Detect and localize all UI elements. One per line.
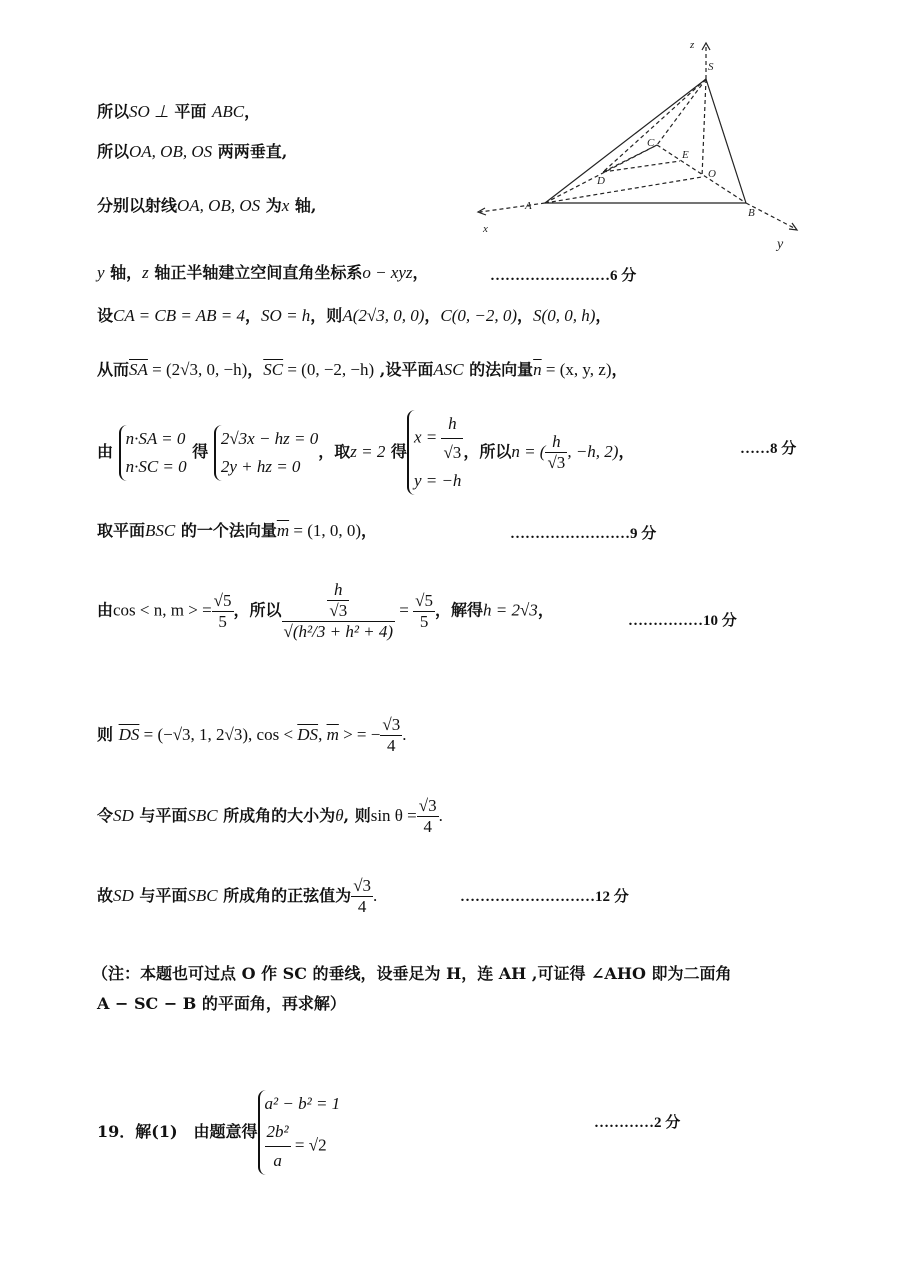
math: y — [97, 263, 105, 282]
line-normal-m: 取平面BSC 的一个法向量m = (1, 0, 0)， — [97, 521, 377, 541]
text: 所以 — [97, 142, 129, 161]
numerator: 2b² — [265, 1118, 291, 1147]
label-x: x — [482, 223, 488, 235]
text: 的一个法向量 — [175, 521, 277, 540]
numerator: √5 — [212, 591, 234, 612]
math: = (1, 0, 0) — [289, 521, 361, 540]
fraction: √34 — [380, 715, 402, 756]
note-line-2: A − SC − B 的平面角，再求解） — [97, 994, 346, 1014]
equation: y = −h — [414, 467, 463, 495]
math: , −h, 2) — [567, 442, 618, 461]
vector: SC — [263, 360, 283, 379]
equation-system-2: 2√3x − hz = 02y + hz = 0 — [214, 425, 318, 481]
math: n = ( — [511, 442, 545, 461]
label-S: S — [708, 61, 714, 73]
line-perpendicular: 所以OA, OB, OS 两两垂直, — [97, 142, 287, 162]
score-8: ……8 分 — [740, 437, 796, 458]
label-z: z — [689, 39, 695, 51]
text: . — [439, 806, 443, 825]
numerator: h — [327, 580, 349, 601]
numerator: h — [545, 432, 567, 453]
text: ， — [413, 263, 429, 282]
text: ， — [245, 306, 261, 325]
label-E: E — [681, 149, 689, 161]
line-cos-solve: 由cos < n, m > =√55，所以h√3√(h²/3 + h² + 4)… — [97, 580, 554, 642]
math: OA, OB, OS — [177, 196, 260, 215]
text: 设 — [97, 306, 113, 325]
text: ， — [517, 306, 533, 325]
label-C: C — [647, 137, 655, 149]
note-line-1: （注：本题也可过点 O 作 SC 的垂线，设垂足为 H，连 AH ,可证得 ∠A… — [92, 964, 731, 984]
text: ， — [424, 306, 440, 325]
score-9: ……………………9 分 — [510, 522, 656, 543]
fraction: h√3 — [327, 580, 349, 621]
math: ASC — [433, 360, 463, 379]
text: ， — [595, 306, 611, 325]
equation: 2√3x − hz = 0 — [221, 425, 318, 453]
line-set-values: 设CA = CB = AB = 4，SO = h，则A(2√3, 0, 0)，C… — [97, 306, 611, 326]
text: 轴， — [105, 263, 143, 282]
numerator: √3 — [417, 796, 439, 817]
equation-system-1: n·SA = 0n·SC = 0 — [119, 425, 187, 481]
denominator: a — [265, 1147, 291, 1175]
text: 平面 — [169, 102, 212, 121]
big-fraction: h√3√(h²/3 + h² + 4) — [282, 580, 396, 642]
math: cos < n, m > = — [113, 601, 212, 620]
fraction: √34 — [351, 876, 373, 917]
text: . — [373, 886, 377, 905]
line-axes: 分别以射线OA, OB, OS 为x 轴, — [97, 196, 316, 216]
math: ABC — [212, 102, 244, 121]
math: = (−√3, 1, 2√3), cos < — [139, 725, 297, 744]
math: = √2 — [291, 1135, 327, 1154]
label-O: O — [708, 168, 716, 180]
line-theta: 令SD 与平面SBC 所成角的大小为θ, 则sin θ =√34. — [97, 796, 443, 837]
equation: n·SC = 0 — [126, 453, 187, 481]
text: 所成角的正弦值为 — [218, 886, 352, 905]
label-D: D — [596, 175, 605, 187]
math: θ — [335, 806, 343, 825]
math: sin θ = — [371, 806, 417, 825]
text: ，取 — [318, 442, 350, 461]
score-12: ………………………12 分 — [460, 885, 629, 906]
math: h = 2√3 — [483, 601, 538, 620]
line-coordinate-system: y 轴，z 轴正半轴建立空间直角坐标系o − xyz， — [97, 263, 429, 283]
text: ， — [612, 360, 628, 379]
math: o − xyz — [362, 263, 412, 282]
text: . — [402, 725, 406, 744]
label-B: B — [748, 207, 755, 219]
fraction: 2b²a — [265, 1118, 291, 1175]
numerator: √3 — [380, 715, 402, 736]
text: 轴正半轴建立空间直角坐标系 — [149, 263, 363, 282]
text: 两两垂直, — [212, 142, 287, 161]
denominator: 5 — [413, 612, 435, 632]
question-19: 19．解(1) 由题意得a² − b² = 12b²a = √2 — [97, 1090, 340, 1175]
math: SBC — [187, 886, 217, 905]
text: 为 — [260, 196, 282, 215]
equation: a² − b² = 1 — [265, 1090, 341, 1118]
text: 分别以射线 — [97, 196, 177, 215]
text: 取平面 — [97, 521, 145, 540]
math: x = — [414, 427, 437, 446]
label-A: A — [524, 200, 532, 212]
text: 故 — [97, 886, 113, 905]
text: ,设平面 — [374, 360, 433, 379]
line-conclusion: 故SD 与平面SBC 所成角的正弦值为√34. — [97, 876, 377, 917]
equation: n·SA = 0 — [126, 425, 187, 453]
math: SBC — [187, 806, 217, 825]
text: 与平面 — [134, 806, 188, 825]
math: z = 2 — [350, 442, 385, 461]
text: 的法向量 — [464, 360, 534, 379]
text: ，所以 — [463, 442, 511, 461]
text: 所以 — [97, 102, 129, 121]
text: 令 — [97, 806, 113, 825]
text: 得 — [187, 442, 214, 461]
math: z — [142, 263, 149, 282]
math: = (x, y, z) — [542, 360, 612, 379]
fraction: √55 — [413, 591, 435, 632]
text: ， — [247, 360, 263, 379]
numerator: √3 — [351, 876, 373, 897]
equation: 2y + hz = 0 — [221, 453, 318, 481]
score-2: …………2 分 — [594, 1111, 680, 1132]
text: 轴, — [289, 196, 316, 215]
fraction: h√3 — [545, 432, 567, 473]
text: 所成角的大小为 — [218, 806, 336, 825]
vector: m — [277, 521, 289, 540]
math: SO = h — [261, 306, 310, 325]
denominator: √(h²/3 + h² + 4) — [282, 622, 396, 642]
denominator: √3 — [545, 453, 567, 473]
math: CA = CB = AB = 4 — [113, 306, 245, 325]
text: 则 — [97, 725, 113, 744]
numerator: h — [441, 410, 463, 439]
denominator: 4 — [351, 897, 373, 917]
text: ， — [244, 102, 260, 121]
math: > = − — [339, 725, 381, 744]
tetrahedron-figure: z S C E D O A B x y — [0, 0, 900, 260]
denominator: 4 — [417, 817, 439, 837]
vector: DS — [119, 725, 140, 744]
label-y: y — [775, 237, 784, 252]
text: ， — [618, 442, 634, 461]
line-so-perp: 所以SO ⊥ 平面 ABC， — [97, 102, 260, 122]
text: , 则 — [344, 806, 371, 825]
fraction: h√3 — [441, 410, 463, 467]
math: SD — [113, 806, 134, 825]
text: 得 — [385, 442, 407, 461]
score-10: ……………10 分 — [628, 609, 737, 630]
denominator: 4 — [380, 736, 402, 756]
text: 由 — [97, 601, 113, 620]
score-6: ……………………6 分 — [490, 264, 636, 285]
text: ，则 — [310, 306, 342, 325]
math: = — [395, 601, 413, 620]
line-ds-vector: 则 DS = (−√3, 1, 2√3), cos < DS, m > = −√… — [97, 715, 406, 756]
denominator: 5 — [212, 612, 234, 632]
text: ， — [538, 601, 554, 620]
math: OA, OB, OS — [129, 142, 212, 161]
vector: SA — [129, 360, 148, 379]
line-normal-system: 由 n·SA = 0n·SC = 0 得 2√3x − hz = 02y + h… — [97, 410, 634, 495]
fraction: √55 — [212, 591, 234, 632]
denominator: √3 — [327, 601, 349, 621]
line-vectors: 从而SA = (2√3, 0, −h)，SC = (0, −2, −h) ,设平… — [97, 360, 628, 380]
equation-system-3: x = h√3y = −h — [407, 410, 463, 495]
text: ，所以 — [234, 601, 282, 620]
text: ， — [361, 521, 377, 540]
math: BSC — [145, 521, 175, 540]
math: C(0, −2, 0) — [440, 306, 517, 325]
text: 从而 — [97, 360, 129, 379]
numerator: √5 — [413, 591, 435, 612]
math: SO ⊥ — [129, 102, 169, 121]
math: A(2√3, 0, 0) — [342, 306, 424, 325]
math: S(0, 0, h) — [533, 306, 595, 325]
equation-system-q19: a² − b² = 12b²a = √2 — [258, 1090, 341, 1175]
math: = (0, −2, −h) — [283, 360, 374, 379]
math: = (2√3, 0, −h) — [148, 360, 247, 379]
text: 由 — [97, 442, 113, 461]
text: 与平面 — [134, 886, 188, 905]
denominator: √3 — [441, 439, 463, 467]
fraction: √34 — [417, 796, 439, 837]
text: 19．解(1) 由题意得 — [97, 1122, 258, 1141]
math: SD — [113, 886, 134, 905]
vector: n — [533, 360, 542, 379]
vector: m — [327, 725, 339, 744]
vector: DS — [297, 725, 318, 744]
text: ，解得 — [435, 601, 483, 620]
